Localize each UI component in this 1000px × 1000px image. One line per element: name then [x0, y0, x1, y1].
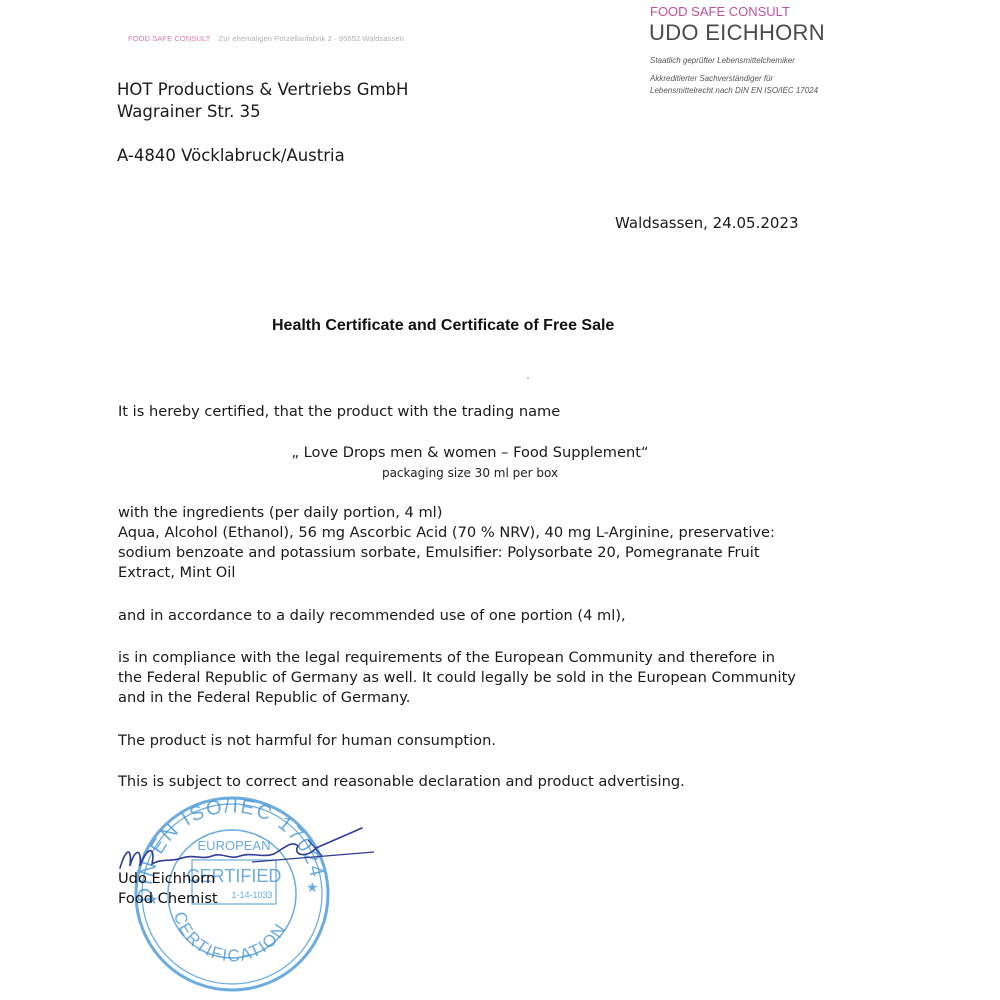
letterhead-accreditation: Akkreditierter Sachverständiger für [650, 74, 773, 83]
compliance-line: is in compliance with the legal requirem… [118, 648, 796, 668]
recipient-address: HOT Productions & Vertriebs GmbH Wagrain… [117, 79, 408, 167]
stamp-number: 1-14-1033 [231, 890, 272, 900]
sender-address-line: FOOD SAFE CONSULT Zur ehemaligen Porzell… [128, 34, 404, 43]
document-title: Health Certificate and Certificate of Fr… [272, 317, 614, 335]
signer-role: Food Chemist [118, 889, 218, 909]
letterhead-accreditation-standard: Lebensmittelrecht nach DIN EN ISO/IEC 17… [650, 86, 818, 95]
signer-name: Udo Eichhorn [118, 869, 218, 889]
ingredients-paragraph: with the ingredients (per daily portion,… [118, 503, 775, 583]
packaging-size: packaging size 30 ml per box [0, 466, 940, 480]
ingredients-line: Extract, Mint Oil [118, 563, 775, 583]
svg-text:CERTIFICATION: CERTIFICATION [170, 909, 291, 965]
signer-block: Udo Eichhorn Food Chemist [118, 869, 218, 909]
svg-text:★: ★ [306, 879, 319, 895]
ingredients-line: Aqua, Alcohol (Ethanol), 56 mg Ascorbic … [118, 523, 775, 543]
ingredients-line: sodium benzoate and potassium sorbate, E… [118, 543, 775, 563]
date-line: Waldsassen, 24.05.2023 [615, 214, 799, 232]
recipient-company: HOT Productions & Vertriebs GmbH [117, 79, 408, 101]
letterhead-qualification: Staatlich geprüfter Lebensmittelchemiker [650, 56, 795, 65]
letterhead-name: UDO EICHHORN [649, 20, 825, 46]
compliance-line: the Federal Republic of Germany as well.… [118, 668, 796, 688]
product-name: „ Love Drops men & women – Food Suppleme… [0, 444, 940, 461]
scan-speck [527, 377, 529, 379]
ingredients-line: with the ingredients (per daily portion,… [118, 503, 775, 523]
subject-statement: This is subject to correct and reasonabl… [118, 772, 685, 792]
recipient-city: A-4840 Vöcklabruck/Austria [117, 145, 408, 167]
stamp-bottom-arc: CERTIFICATION [170, 909, 291, 965]
sender-brand: FOOD SAFE CONSULT [128, 34, 210, 43]
letterhead-brand: FOOD SAFE CONSULT [650, 4, 790, 19]
recipient-street: Wagrainer Str. 35 [117, 101, 408, 123]
compliance-line: and in the Federal Republic of Germany. [118, 688, 796, 708]
usage-paragraph: and in accordance to a daily recommended… [118, 606, 626, 626]
compliance-paragraph: is in compliance with the legal requirem… [118, 648, 796, 708]
intro-paragraph: It is hereby certified, that the product… [118, 402, 560, 422]
sender-address: Zur ehemaligen Porzellanfabrik 2 · 95652… [219, 34, 404, 43]
harmless-statement: The product is not harmful for human con… [118, 731, 496, 751]
